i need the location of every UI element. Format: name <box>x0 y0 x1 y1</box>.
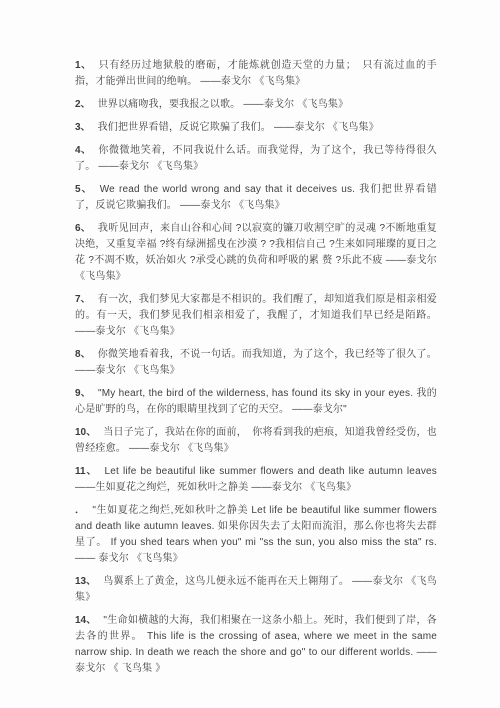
quote-text: 你微笑地看着我，不说一句话。而我知道，为了这个，我已经等了很久了。 ——泰戈尔 … <box>75 349 437 376</box>
quote-marker: 2、 <box>75 99 91 110</box>
quote-item: 3、我们把世界看错，反说它欺骗了我们。 ——泰戈尔 《飞鸟集》 <box>75 120 437 136</box>
quote-item: 5、We read the world wrong and say that i… <box>75 182 437 214</box>
quote-text: 鸟翼系上了黄金，这鸟儿便永远不能再在天上翱翔了。 ——泰戈尔 《飞鸟集》 <box>75 576 437 603</box>
quote-marker: 14、 <box>75 615 96 626</box>
quote-item: 13、鸟翼系上了黄金，这鸟儿便永远不能再在天上翱翔了。 ——泰戈尔 《飞鸟集》 <box>75 574 437 606</box>
quote-item: 1、只有经历过地狱般的磨砺，才能炼就创造天堂的力量； 只有流过血的手指，才能弹出… <box>75 58 437 90</box>
quote-text: 我听见回声，来自山谷和心间 ?以寂寞的镰刀收割空旷的灵魂 ?不断地重复决绝，又重… <box>75 223 437 282</box>
quote-item: 2、世界以痛吻我，要我报之以歌。 ——泰戈尔 《飞鸟集》 <box>75 97 437 113</box>
quote-item: 6、我听见回声，来自山谷和心间 ?以寂寞的镰刀收割空旷的灵魂 ?不断地重复决绝，… <box>75 221 437 285</box>
quote-item: 11、Let life be beautiful like summer flo… <box>75 464 437 496</box>
quote-text: Let life be beautiful like summer flower… <box>75 466 437 493</box>
quote-text: 有一次，我们梦见大家都是不相识的。我们醒了，却知道我们原是相亲相爱的。有一天，我… <box>75 294 437 337</box>
quote-marker: 5、 <box>75 184 93 195</box>
quote-item: 10、当日子完了，我站在你的面前， 你将看到我的疤痕，知道我曾经受伤，也曾经痊愈… <box>75 425 437 457</box>
quote-item: ．"生如夏花之绚烂,死如秋叶之静美 Let life be beautiful … <box>75 503 437 567</box>
quote-item: 9、"My heart, the bird of the wilderness,… <box>75 386 437 418</box>
quote-item: 8、你微笑地看着我，不说一句话。而我知道，为了这个，我已经等了很久了。 ——泰戈… <box>75 347 437 379</box>
quote-marker: 10、 <box>75 427 96 438</box>
quote-text: "My heart, the bird of the wilderness, h… <box>75 388 437 415</box>
quote-text: We read the world wrong and say that it … <box>75 184 437 211</box>
quote-marker: 3、 <box>75 122 91 133</box>
quote-marker: ． <box>75 505 85 516</box>
quote-item: 4、你微微地笑着，不同我说什么话。而我觉得，为了这个，我已等待得很久了。 ——泰… <box>75 143 437 175</box>
quote-item: 14、"生命如横越的大海，我们相聚在一这条小船上。死时，我们便到了岸，各去各的世… <box>75 613 437 677</box>
quote-marker: 6、 <box>75 223 91 234</box>
quote-item: 7、有一次，我们梦见大家都是不相识的。我们醒了，却知道我们原是相亲相爱的。有一天… <box>75 292 437 340</box>
quote-marker: 4、 <box>75 145 91 156</box>
quote-text: 当日子完了，我站在你的面前， 你将看到我的疤痕，知道我曾经受伤，也曾经痊愈。 —… <box>75 427 437 454</box>
quote-marker: 9、 <box>75 388 91 399</box>
document-page: 1、只有经历过地狱般的磨砺，才能炼就创造天堂的力量； 只有流过血的手指，才能弹出… <box>0 0 500 708</box>
quote-text: "生命如横越的大海，我们相聚在一这条小船上。死时，我们便到了岸，各去各的世界。 … <box>75 615 437 674</box>
quote-text: 我们把世界看错，反说它欺骗了我们。 ——泰戈尔 《飞鸟集》 <box>98 122 379 133</box>
quote-text: 只有经历过地狱般的磨砺，才能炼就创造天堂的力量； 只有流过血的手指，才能弹出世间… <box>75 60 437 87</box>
quote-marker: 11、 <box>75 466 98 477</box>
quote-text: 世界以痛吻我，要我报之以歌。 ——泰戈尔 《飞鸟集》 <box>98 99 349 110</box>
quote-marker: 1、 <box>75 60 92 71</box>
quote-marker: 7、 <box>75 294 91 305</box>
quote-list: 1、只有经历过地狱般的磨砺，才能炼就创造天堂的力量； 只有流过血的手指，才能弹出… <box>75 58 437 684</box>
quote-marker: 8、 <box>75 349 91 360</box>
quote-text: "生如夏花之绚烂,死如秋叶之静美 Let life be beautiful l… <box>75 505 437 564</box>
quote-marker: 13、 <box>75 576 96 587</box>
quote-text: 你微微地笑着，不同我说什么话。而我觉得，为了这个，我已等待得很久了。 ——泰戈尔… <box>75 145 437 172</box>
